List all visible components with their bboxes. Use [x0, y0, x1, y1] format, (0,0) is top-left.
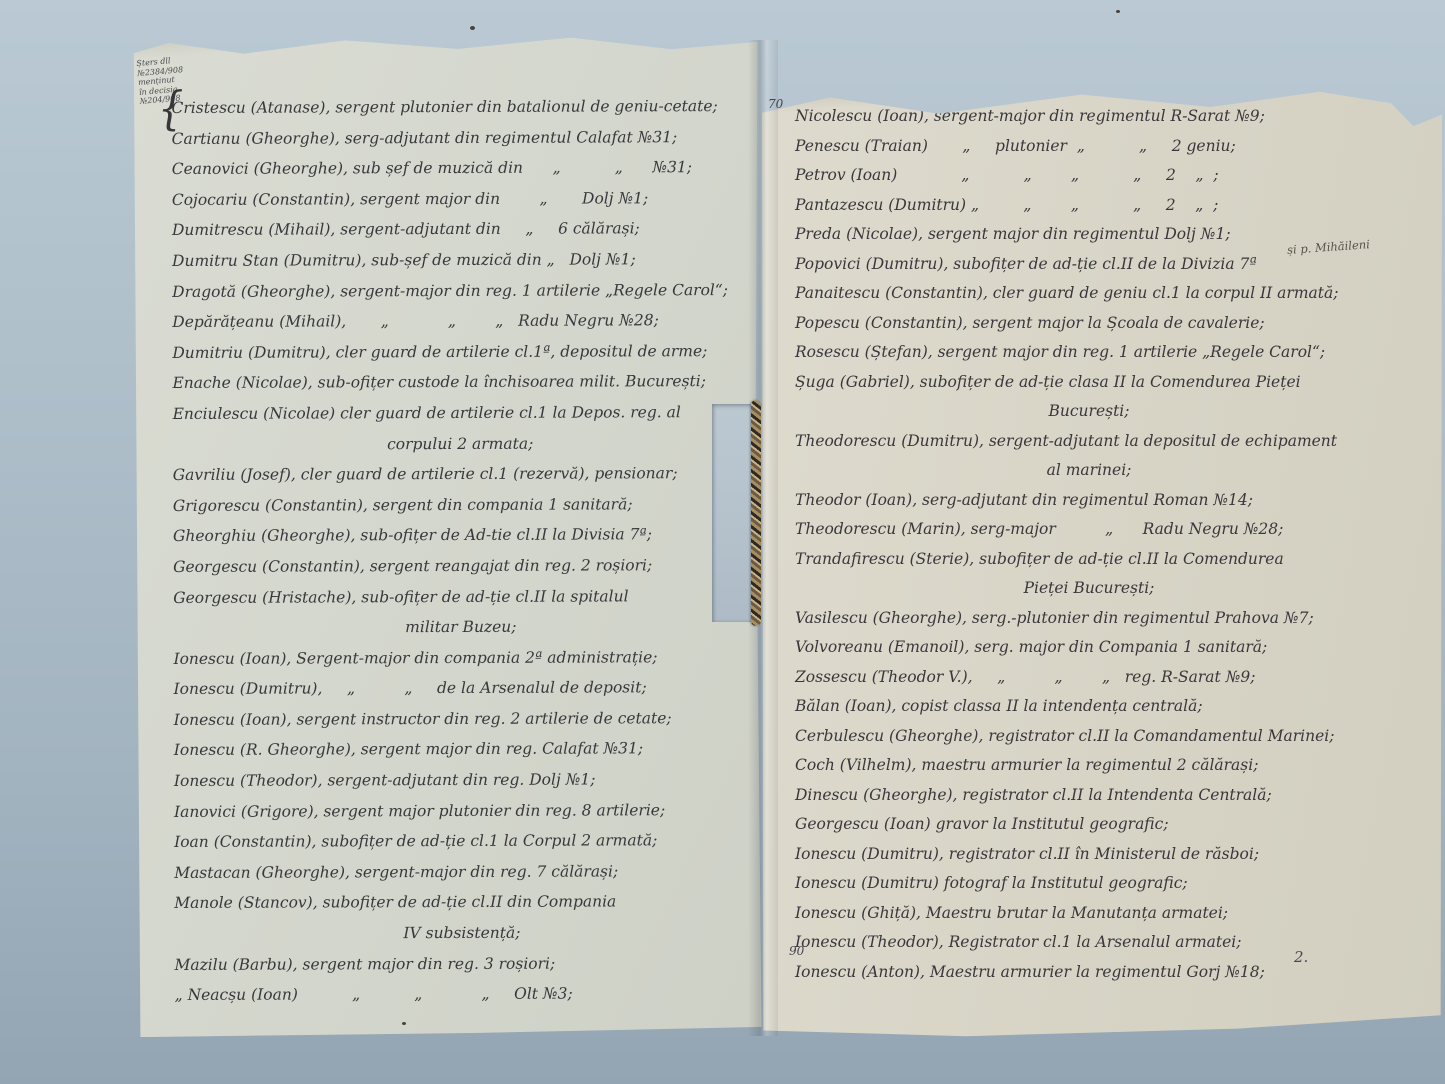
manuscript-line: Georgescu (Constantin), sergent reangaja…: [173, 550, 748, 583]
debris-speck: [402, 1022, 406, 1025]
manuscript-line: Gavriliu (Josef), cler guard de artileri…: [173, 458, 748, 491]
manuscript-line: Șuga (Gabriel), subofițer de ad-ție clas…: [795, 368, 1383, 398]
manuscript-line: Ionescu (R. Gheorghe), sergent major din…: [174, 733, 749, 766]
manuscript-line: Manole (Stancov), subofițer de ad-ție cl…: [174, 886, 749, 919]
binding-notch: [712, 404, 762, 622]
manuscript-photo: Cristescu (Atanase), sergent plutonier d…: [0, 0, 1445, 1084]
debris-speck: [470, 26, 475, 30]
page-number-bottom: 90: [789, 944, 804, 958]
corner-mark: 2.: [1294, 948, 1308, 966]
manuscript-line: Bălan (Ioan), copist classa II la intend…: [795, 692, 1383, 722]
manuscript-line: Vasilescu (Gheorghe), serg.-plutonier di…: [795, 604, 1383, 634]
manuscript-line: Theodorescu (Dumitru), sergent-adjutant …: [795, 427, 1383, 457]
manuscript-line: Ioan (Constantin), subofițer de ad-ție c…: [174, 825, 749, 858]
manuscript-line: Theodorescu (Marin), serg-major „ Radu N…: [795, 515, 1383, 545]
manuscript-line: Zossescu (Theodor V.), „ „ „ reg. R-Sara…: [795, 663, 1383, 693]
manuscript-line: Ionescu (Theodor), sergent-adjutant din …: [174, 764, 749, 797]
binding-cord: [751, 400, 761, 626]
manuscript-line: Dragotă (Gheorghe), sergent-major din re…: [172, 275, 747, 308]
manuscript-line: Ionescu (Dumitru) fotograf la Institutul…: [795, 869, 1383, 899]
left-page: Cristescu (Atanase), sergent plutonier d…: [131, 35, 762, 1037]
manuscript-line: Petrov (Ioan) „ „ „ „ 2 „ ;: [795, 161, 1383, 191]
manuscript-line: militar Buzeu;: [173, 611, 748, 644]
manuscript-line: Georgescu (Ioan) gravor la Institutul ge…: [795, 810, 1383, 840]
manuscript-line: Mastacan (Gheorghe), sergent-major din r…: [174, 856, 749, 889]
manuscript-line: Panaitescu (Constantin), cler guard de g…: [795, 279, 1383, 309]
right-page-text: Nicolescu (Ioan), sergent-major din regi…: [795, 102, 1383, 987]
manuscript-line: Ionescu (Ghiță), Maestru brutar la Manut…: [795, 899, 1383, 929]
entry-group-brace: {: [158, 83, 183, 136]
manuscript-line: Cojocariu (Constantin), sergent major di…: [172, 183, 747, 216]
manuscript-line: Trandafirescu (Sterie), subofițer de ad-…: [795, 545, 1383, 575]
left-page-text: Cristescu (Atanase), sergent plutonier d…: [171, 91, 749, 1011]
manuscript-line: Ceanovici (Gheorghe), sub șef de muzică …: [172, 152, 747, 185]
manuscript-line: Ionescu (Dumitru), „ „ de la Arsenalul d…: [173, 672, 748, 705]
manuscript-line: Nicolescu (Ioan), sergent-major din regi…: [795, 102, 1383, 132]
manuscript-line: Ionescu (Dumitru), registrator cl.II în …: [795, 840, 1383, 870]
debris-speck: [1116, 10, 1120, 13]
manuscript-line: al marinei;: [795, 456, 1383, 486]
manuscript-line: București;: [795, 397, 1383, 427]
manuscript-line: Rosescu (Ștefan), sergent major din reg.…: [795, 338, 1383, 368]
manuscript-line: Cartianu (Gheorghe), serg-adjutant din r…: [172, 122, 747, 155]
manuscript-line: Grigorescu (Constantin), sergent din com…: [173, 489, 748, 522]
manuscript-line: „ Neacșu (Ioan) „ „ „ Olt №3;: [175, 978, 750, 1011]
manuscript-line: Volvoreanu (Emanoil), serg. major din Co…: [795, 633, 1383, 663]
manuscript-line: Depărățeanu (Mihail), „ „ „ Radu Negru №…: [172, 305, 747, 338]
manuscript-line: Dumitriu (Dumitru), cler guard de artile…: [172, 336, 747, 369]
manuscript-line: Coch (Vilhelm), maestru armurier la regi…: [795, 751, 1383, 781]
manuscript-line: Theodor (Ioan), serg-adjutant din regime…: [795, 486, 1383, 516]
manuscript-line: Ionescu (Ioan), sergent instructor din r…: [174, 703, 749, 736]
manuscript-line: Cerbulescu (Gheorghe), registrator cl.II…: [795, 722, 1383, 752]
manuscript-line: Popescu (Constantin), sergent major la Ș…: [795, 309, 1383, 339]
manuscript-line: Ionescu (Ioan), Sergent-major din compan…: [173, 642, 748, 675]
manuscript-line: Mazilu (Barbu), sergent major din reg. 3…: [174, 948, 749, 981]
manuscript-line: Penescu (Traian) „ plutonier „ „ 2 geniu…: [795, 132, 1383, 162]
manuscript-line: corpului 2 armata;: [173, 427, 748, 460]
manuscript-line: Dinescu (Gheorghe), registrator cl.II la…: [795, 781, 1383, 811]
manuscript-line: Dumitrescu (Mihail), sergent-adjutant di…: [172, 213, 747, 246]
manuscript-line: Dumitru Stan (Dumitru), sub-șef de muzic…: [172, 244, 747, 277]
manuscript-line: Pantazescu (Dumitru) „ „ „ „ 2 „ ;: [795, 191, 1383, 221]
manuscript-line: Enache (Nicolae), sub-ofițer custode la …: [172, 366, 747, 399]
manuscript-line: Ianovici (Grigore), sergent major pluton…: [174, 795, 749, 828]
manuscript-line: Enciulescu (Nicolae) cler guard de artil…: [173, 397, 748, 430]
manuscript-line: Gheorghiu (Gheorghe), sub-ofițer de Ad-t…: [173, 519, 748, 552]
manuscript-line: IV subsistență;: [174, 917, 749, 950]
manuscript-line: Pieței București;: [795, 574, 1383, 604]
page-number-top: 70: [768, 97, 783, 111]
manuscript-line: Cristescu (Atanase), sergent plutonier d…: [171, 91, 746, 124]
right-page: Nicolescu (Ioan), sergent-major din regi…: [762, 88, 1442, 1040]
manuscript-line: Georgescu (Hristache), sub-ofițer de ad-…: [173, 580, 748, 613]
